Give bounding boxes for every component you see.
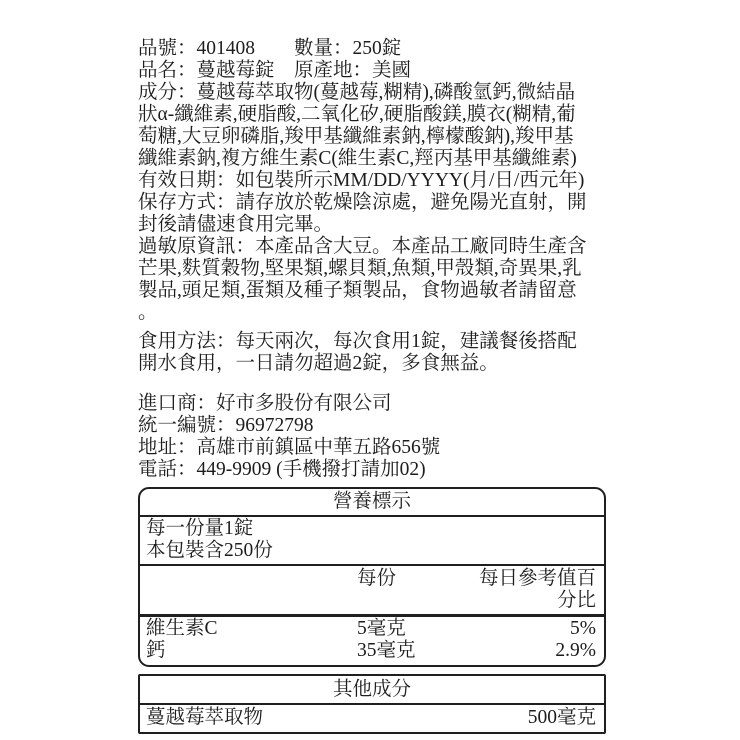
usage-line: 食用方法：每天兩次，每次食用1錠，建議餐後搭配 bbox=[138, 331, 606, 353]
usage-line: 開水食用，一日請勿超過2錠，多食無益。 bbox=[138, 353, 606, 375]
nutrition-table-title: 營養標示 bbox=[140, 489, 604, 517]
allergen-info-line: 製品,頭足類,蛋類及種子類製品，食物過敏者請留意 bbox=[138, 280, 606, 302]
other-ingredients-title: 其他成分 bbox=[140, 676, 604, 705]
ingredient-amount: 500毫克 bbox=[528, 707, 596, 729]
allergen-info-line: 芒果,麩質穀物,堅果類,螺貝類,魚類,甲殼類,奇異果,乳 bbox=[138, 258, 606, 280]
table-row: 鈣 35毫克 2.9% bbox=[146, 640, 596, 662]
nutrient-name: 鈣 bbox=[146, 640, 335, 662]
table-row: 蔓越莓萃取物 500毫克 bbox=[140, 705, 604, 732]
nutrient-amount: 5毫克 bbox=[335, 618, 474, 640]
importer-info-block: 進口商：好市多股份有限公司 統一編號：96972798 地址：高雄市前鎮區中華五… bbox=[138, 393, 606, 481]
item-number-and-quantity-line: 品號：401408 數量：250錠 bbox=[138, 38, 606, 60]
ingredients-line: 成分：蔓越莓萃取物(蔓越莓,糊精),磷酸氫鈣,微結晶 bbox=[138, 82, 606, 104]
nutrient-name: 維生素C bbox=[146, 618, 335, 640]
other-ingredients-table: 其他成分 蔓越莓萃取物 500毫克 bbox=[138, 674, 606, 734]
phone-line: 電話：449-9909 (手機撥打請加02) bbox=[138, 459, 606, 481]
expiry-date-line: 有效日期：如包裝所示MM/DD/YYYY(月/日/西元年) bbox=[138, 170, 606, 192]
serving-info: 每一份量1錠 本包裝含250份 bbox=[140, 517, 604, 566]
storage-line: 封後請儘速食用完畢。 bbox=[138, 214, 606, 236]
servings-per-package: 本包裝含250份 bbox=[146, 540, 596, 562]
storage-line: 保存方式：請存放於乾燥陰涼處，避免陽光直射，開 bbox=[138, 192, 606, 214]
nutrient-daily-value: 2.9% bbox=[474, 640, 596, 662]
nutrition-column-headers: 每份 每日參考值百分比 bbox=[140, 566, 604, 617]
allergen-info-line: 。 bbox=[138, 302, 606, 324]
ingredients-line: 纖維素鈉,複方維生素C(維生素C,羥丙基甲基纖維素) bbox=[138, 148, 606, 170]
tax-id-line: 統一編號：96972798 bbox=[138, 415, 606, 437]
nutrient-daily-value: 5% bbox=[474, 618, 596, 640]
allergen-info-line: 過敏原資訊：本產品含大豆。本產品工廠同時生產含 bbox=[138, 236, 606, 258]
table-row: 維生素C 5毫克 5% bbox=[146, 618, 596, 640]
ingredients-line: 狀α-纖維素,硬脂酸,二氧化矽,硬脂酸鎂,膜衣(糊精,葡 bbox=[138, 104, 606, 126]
nutrition-facts-table: 營養標示 每一份量1錠 本包裝含250份 每份 每日參考值百分比 維生素C 5毫… bbox=[138, 487, 606, 667]
product-name-and-origin-line: 品名：蔓越莓錠 原產地：美國 bbox=[138, 60, 606, 82]
nutrient-amount: 35毫克 bbox=[335, 640, 474, 662]
per-serving-column-header: 每份 bbox=[335, 568, 474, 612]
nutrient-column-spacer bbox=[146, 568, 335, 612]
serving-size: 每一份量1錠 bbox=[146, 518, 596, 540]
product-info-block: 品號：401408 數量：250錠 品名：蔓越莓錠 原產地：美國 成分：蔓越莓萃… bbox=[138, 38, 606, 324]
daily-value-column-header: 每日參考值百分比 bbox=[474, 568, 596, 612]
nutrition-rows: 維生素C 5毫克 5% 鈣 35毫克 2.9% bbox=[140, 617, 604, 665]
ingredient-name: 蔓越莓萃取物 bbox=[146, 707, 263, 729]
usage-instructions-block: 食用方法：每天兩次，每次食用1錠，建議餐後搭配 開水食用，一日請勿超過2錠，多食… bbox=[138, 331, 606, 375]
product-label: 品號：401408 數量：250錠 品名：蔓越莓錠 原產地：美國 成分：蔓越莓萃… bbox=[138, 38, 606, 734]
importer-line: 進口商：好市多股份有限公司 bbox=[138, 393, 606, 415]
ingredients-line: 萄糖,大豆卵磷脂,羧甲基纖維素鈉,檸檬酸鈉),羧甲基 bbox=[138, 126, 606, 148]
address-line: 地址：高雄市前鎮區中華五路656號 bbox=[138, 437, 606, 459]
